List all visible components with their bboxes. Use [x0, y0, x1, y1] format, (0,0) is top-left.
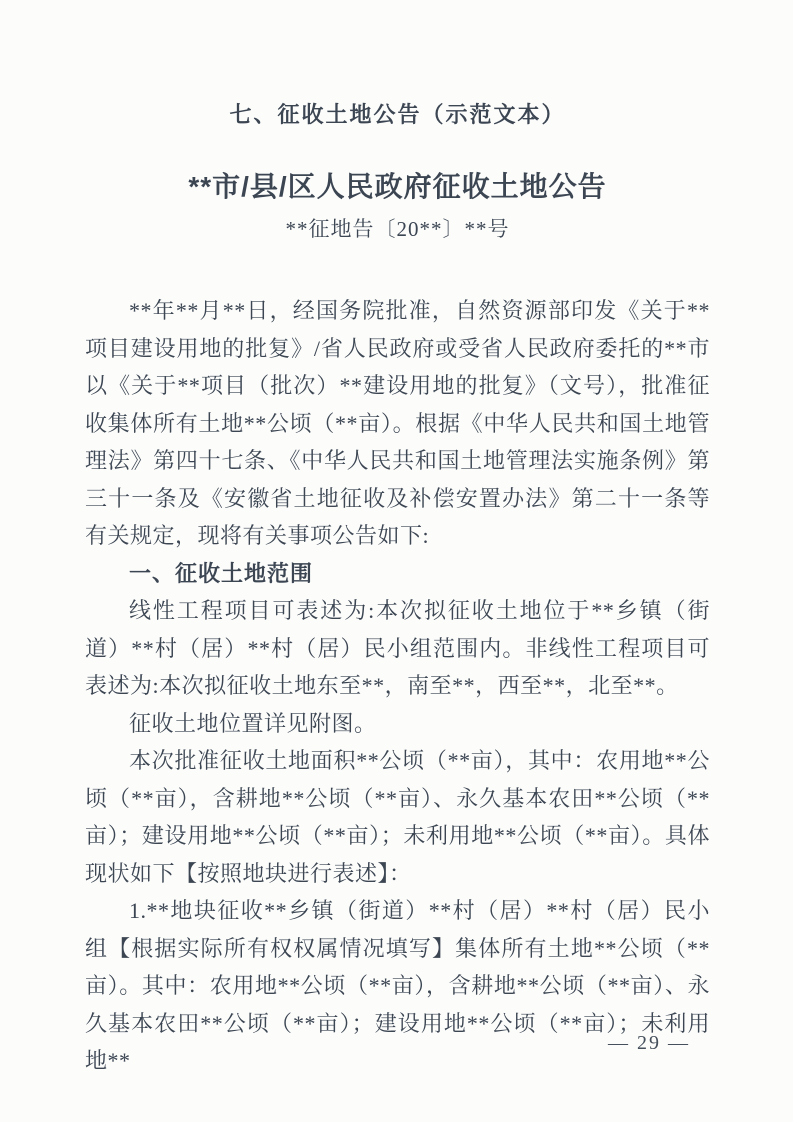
document-section-heading: 七、征收土地公告（示范文本）	[85, 0, 710, 129]
document-page: 七、征收土地公告（示范文本） **市/县/区人民政府征收土地公告 **征地告〔2…	[0, 0, 793, 1122]
document-main-title: **市/县/区人民政府征收土地公告	[85, 171, 710, 203]
paragraph-approval-basis: **年**月**日，经国务院批准，自然资源部印发《关于**项目建设用地的批复》/…	[85, 292, 710, 555]
section-heading-land-scope: 一、征收土地范围	[85, 555, 710, 593]
page-number: — 29 —	[608, 1032, 690, 1055]
document-content: 七、征收土地公告（示范文本） **市/县/区人民政府征收土地公告 **征地告〔2…	[0, 0, 793, 1080]
paragraph-project-scope: 线性工程项目可表述为:本次拟征收土地位于**乡镇（街道）**村（居）**村（居）…	[85, 592, 710, 705]
document-body: **年**月**日，经国务院批准，自然资源部印发《关于**项目建设用地的批复》/…	[85, 292, 710, 1080]
paragraph-land-area: 本次批准征收土地面积**公顷（**亩），其中：农用地**公顷（**亩），含耕地*…	[85, 742, 710, 892]
document-number: **征地告〔20**〕**号	[85, 216, 710, 242]
paragraph-location-map: 征收土地位置详见附图。	[85, 705, 710, 743]
